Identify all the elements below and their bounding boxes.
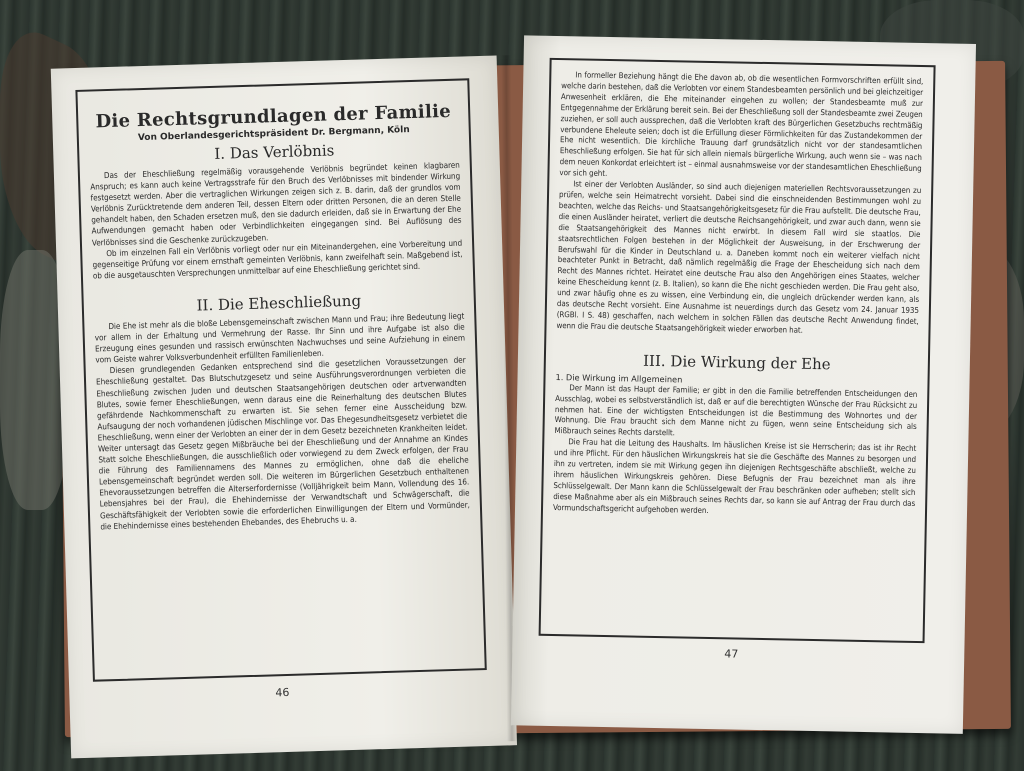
paragraph: Der Mann ist das Haupt der Familie; er g… — [554, 383, 917, 444]
page-number: 46 — [275, 686, 289, 699]
open-book: Die Rechtsgrundlagen der Familie Von Obe… — [59, 51, 1013, 745]
paragraph: Das der Eheschließung regelmäßig vorausg… — [90, 160, 462, 249]
left-page-content: Die Rechtsgrundlagen der Familie Von Obe… — [88, 91, 475, 672]
paragraph: Die Frau hat die Leitung des Haushalts. … — [553, 437, 916, 520]
page-number: 47 — [724, 647, 738, 660]
right-page: In formeller Beziehung hängt die Ehe dav… — [511, 35, 976, 734]
left-page: Die Rechtsgrundlagen der Familie Von Obe… — [51, 55, 517, 758]
paragraph: In formeller Beziehung hängt die Ehe dav… — [559, 70, 923, 186]
right-page-frame: In formeller Beziehung hängt die Ehe dav… — [539, 58, 936, 643]
left-page-frame: Die Rechtsgrundlagen der Familie Von Obe… — [75, 78, 486, 681]
section-heading: III. Die Wirkung der Ehe — [556, 350, 918, 375]
right-page-content: In formeller Beziehung hängt die Ehe dav… — [551, 70, 924, 633]
paragraph: Diesen grundlegenden Gedanken entspreche… — [96, 355, 471, 532]
paragraph: Ist einer der Verlobten Ausländer, so si… — [556, 179, 921, 339]
